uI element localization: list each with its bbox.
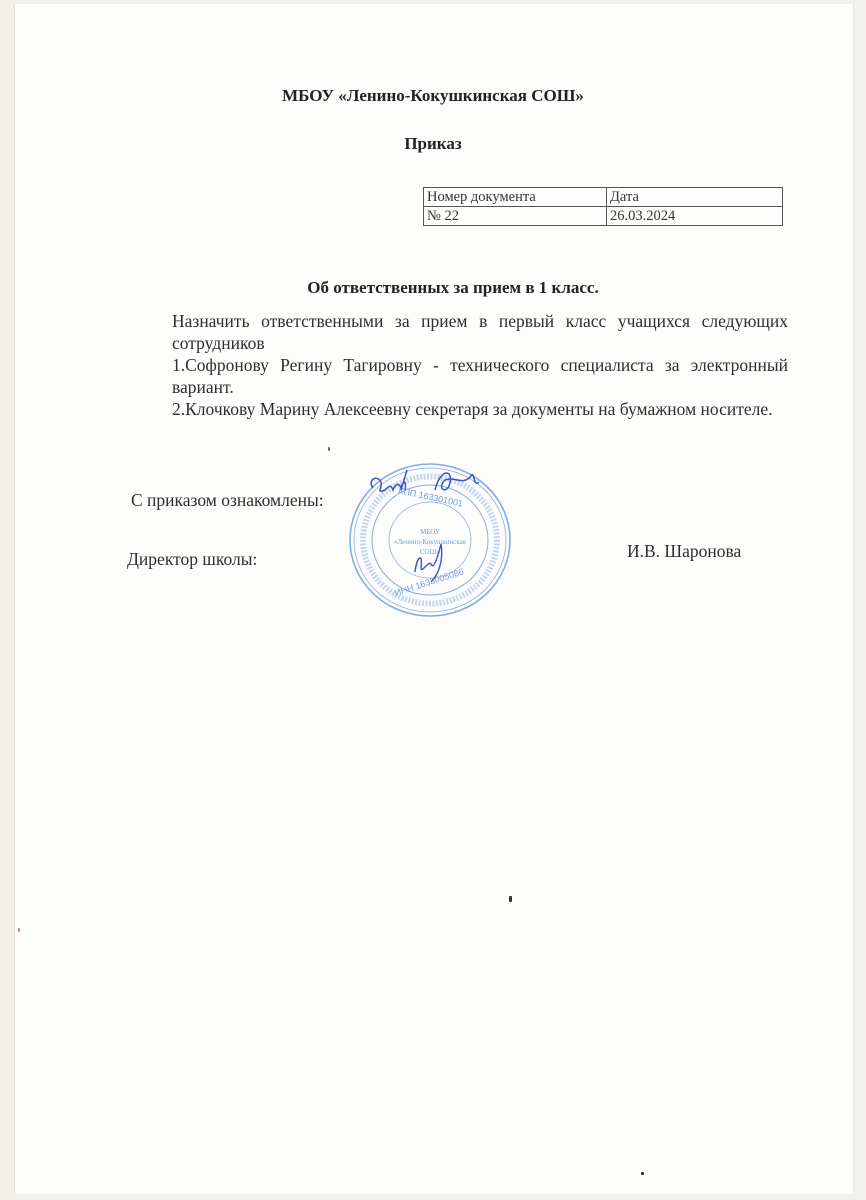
header-doc-number: Номер документа xyxy=(424,188,607,207)
director-name: И.В. Шаронова xyxy=(627,541,741,562)
document-type-title: Приказ xyxy=(0,134,866,154)
value-date: 26.03.2024 xyxy=(607,207,783,226)
document-number-table: Номер документа Дата № 22 26.03.2024 xyxy=(423,187,783,226)
stamp-center-line1: МБОУ xyxy=(420,528,440,536)
official-stamp-icon: МБОУ «Ленино-Кокушкинская СОШ» КПП 16330… xyxy=(345,460,515,620)
scan-speck xyxy=(18,928,20,932)
order-item-2: 2.Клочкову Марину Алексеевну секретаря з… xyxy=(172,398,788,420)
scan-speck xyxy=(328,447,330,451)
scan-speck xyxy=(509,896,512,902)
table-value-row: № 22 26.03.2024 xyxy=(424,207,783,226)
order-subject: Об ответственных за прием в 1 класс. xyxy=(0,278,866,298)
order-item-1: 1.Софронову Регину Тагировну - техническ… xyxy=(172,354,788,398)
value-doc-number: № 22 xyxy=(424,207,607,226)
header-date: Дата xyxy=(607,188,783,207)
scan-speck xyxy=(641,1172,644,1175)
order-body: Назначить ответственными за прием в перв… xyxy=(172,310,788,420)
director-label: Директор школы: xyxy=(127,549,257,570)
stamp-kpp: КПП 163301001 xyxy=(397,485,463,508)
order-intro: Назначить ответственными за прием в перв… xyxy=(172,310,788,354)
stamp-center-line2: «Ленино-Кокушкинская xyxy=(394,538,467,546)
table-header-row: Номер документа Дата xyxy=(424,188,783,207)
organization-name: МБОУ «Ленино-Кокушкинская СОШ» xyxy=(0,86,866,106)
scan-edge xyxy=(854,0,866,1200)
stamp-inn: ИНН 1633005086 xyxy=(393,566,465,598)
acknowledgement-label: С приказом ознакомлены: xyxy=(131,490,324,511)
